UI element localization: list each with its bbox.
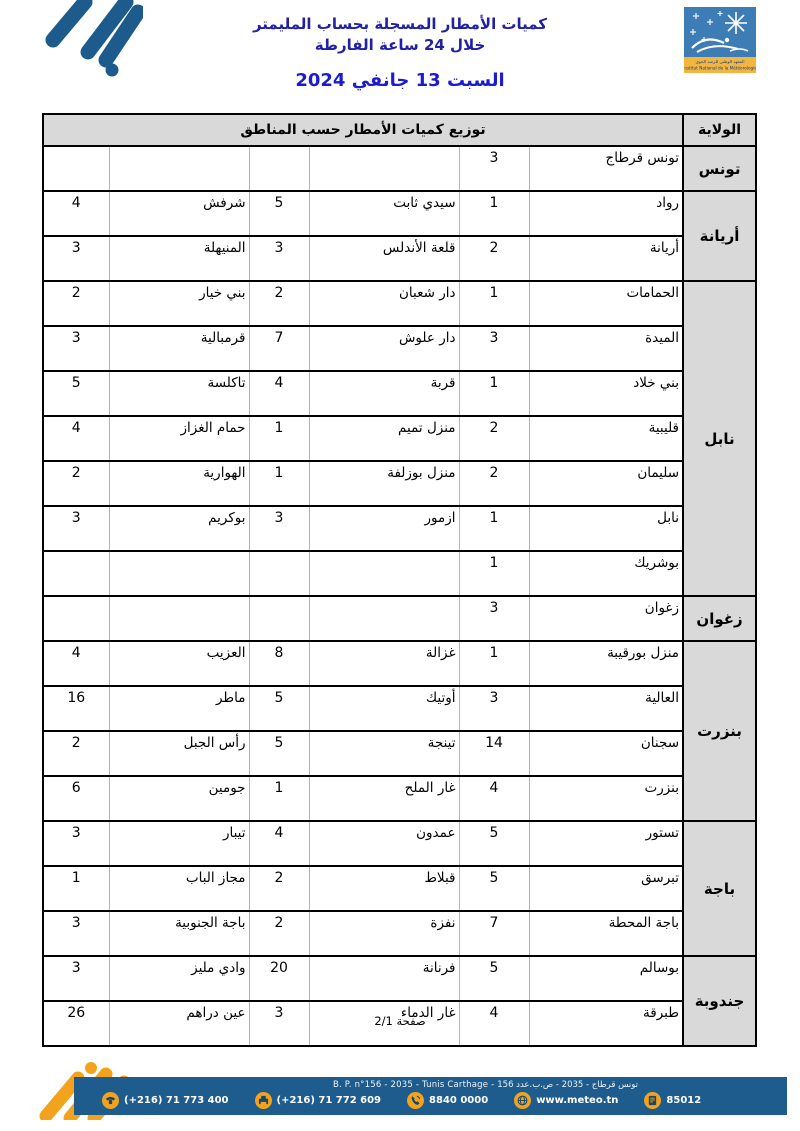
table-row: نابل1ازمور3بوكريم3 xyxy=(43,506,756,551)
table-row: بنزرت4غار الملح1جومين6 xyxy=(43,776,756,821)
station-name-cell: منزل بورقيبة xyxy=(529,641,683,686)
rainfall-value-cell xyxy=(43,551,109,596)
station-name-cell: تستور xyxy=(529,821,683,866)
contact-item: 85012 xyxy=(644,1092,701,1109)
rainfall-value-cell: 20 xyxy=(249,956,309,1001)
station-name-cell: تونس قرطاج xyxy=(529,146,683,191)
table-row: بني خلاد1قربة4تاكلسة5 xyxy=(43,371,756,416)
rainfall-value-cell: 1 xyxy=(459,551,529,596)
rainfall-value-cell: 4 xyxy=(43,191,109,236)
rainfall-value-cell: 4 xyxy=(43,416,109,461)
governorate-cell: تونس xyxy=(683,146,756,191)
station-name-cell: قبلاط xyxy=(309,866,459,911)
station-name-cell: تبرسق xyxy=(529,866,683,911)
station-name-cell xyxy=(309,596,459,641)
rainfall-value-cell: 4 xyxy=(249,371,309,416)
station-name-cell: قليبية xyxy=(529,416,683,461)
station-name-cell: بني خيار xyxy=(109,281,249,326)
rainfall-value-cell: 8 xyxy=(249,641,309,686)
rainfall-value-cell: 3 xyxy=(43,911,109,956)
rainfall-value-cell: 2 xyxy=(43,461,109,506)
table-row: أريانةرواد1سيدي ثابت5شرفش4 xyxy=(43,191,756,236)
table-row: بوشريك1 xyxy=(43,551,756,596)
rainfall-value-cell: 1 xyxy=(459,191,529,236)
rainfall-value-cell: 5 xyxy=(459,866,529,911)
rainfall-value-cell: 1 xyxy=(459,641,529,686)
rainfall-value-cell: 3 xyxy=(43,236,109,281)
station-name-cell: باجة المحطة xyxy=(529,911,683,956)
rainfall-value-cell: 5 xyxy=(43,371,109,416)
governorate-cell: باجة xyxy=(683,821,756,956)
station-name-cell: سجنان xyxy=(529,731,683,776)
station-name-cell: تاكلسة xyxy=(109,371,249,416)
rainfall-value-cell: 3 xyxy=(43,821,109,866)
rainfall-value-cell: 3 xyxy=(249,506,309,551)
station-name-cell: أوتيك xyxy=(309,686,459,731)
rainfall-value-cell xyxy=(249,146,309,191)
station-name-cell: مجاز الباب xyxy=(109,866,249,911)
governorate-cell: جندوبة xyxy=(683,956,756,1046)
station-name-cell: جومين xyxy=(109,776,249,821)
station-name-cell xyxy=(309,146,459,191)
table-row: بنزرتمنزل بورقيبة1غزالة8العزيب4 xyxy=(43,641,756,686)
table-row: قليبية2منزل تميم1حمام الغزاز4 xyxy=(43,416,756,461)
rainfall-value-cell: 7 xyxy=(249,326,309,371)
table-row: العالية3أوتيك5ماطر16 xyxy=(43,686,756,731)
governorate-cell: بنزرت xyxy=(683,641,756,821)
station-name-cell: ماطر xyxy=(109,686,249,731)
telephone-icon xyxy=(102,1092,119,1109)
report-title-line1: كميات الأمطار المسجلة بحساب المليمتر xyxy=(0,14,800,35)
rainfall-value-cell: 7 xyxy=(459,911,529,956)
station-name-cell: ازمور xyxy=(309,506,459,551)
station-name-cell xyxy=(309,551,459,596)
rainfall-value-cell: 5 xyxy=(459,821,529,866)
rainfall-value-cell: 3 xyxy=(249,236,309,281)
station-name-cell: باجة الجنوبية xyxy=(109,911,249,956)
station-name-cell: الميدة xyxy=(529,326,683,371)
station-name-cell: قرمبالية xyxy=(109,326,249,371)
station-name-cell: الهوارية xyxy=(109,461,249,506)
station-name-cell: عمدون xyxy=(309,821,459,866)
phone-icon xyxy=(407,1092,424,1109)
distribution-header: توزيع كميات الأمطار حسب المناطق xyxy=(43,114,683,146)
station-name-cell: نفزة xyxy=(309,911,459,956)
fax-icon xyxy=(255,1092,272,1109)
table-row: تبرسق5قبلاط2مجاز الباب1 xyxy=(43,866,756,911)
contact-item: 8840 0000 xyxy=(407,1092,488,1109)
contact-label: 85012 xyxy=(666,1095,701,1106)
governorate-cell: زغوان xyxy=(683,596,756,641)
contact-item: (+216) 71 772 609 xyxy=(255,1092,382,1109)
contact-label: (+216) 71 773 400 xyxy=(124,1095,229,1106)
report-date: السبت 13 جانفي 2024 xyxy=(0,70,800,91)
station-name-cell: تينجة xyxy=(309,731,459,776)
rainfall-value-cell xyxy=(249,596,309,641)
table-row: زغوانزغوان3 xyxy=(43,596,756,641)
rainfall-value-cell: 2 xyxy=(43,281,109,326)
rainfall-value-cell: 2 xyxy=(459,236,529,281)
rainfall-value-cell: 1 xyxy=(459,281,529,326)
header-titles: كميات الأمطار المسجلة بحساب المليمتر خلا… xyxy=(0,14,800,91)
contact-label: www.meteo.tn xyxy=(536,1095,618,1106)
station-name-cell: المنيهلة xyxy=(109,236,249,281)
footer-bar: B. P. n°156 - 2035 - Tunis Carthage - تو… xyxy=(74,1077,787,1115)
station-name-cell xyxy=(109,596,249,641)
governorate-column-header: الولاية xyxy=(683,114,756,146)
station-name-cell: سليمان xyxy=(529,461,683,506)
station-name-cell: العالية xyxy=(529,686,683,731)
rainfall-value-cell: 1 xyxy=(249,416,309,461)
rainfall-value-cell: 4 xyxy=(459,776,529,821)
rainfall-value-cell: 2 xyxy=(249,866,309,911)
station-name-cell: قربة xyxy=(309,371,459,416)
rainfall-value-cell: 2 xyxy=(249,911,309,956)
table-row: باجة المحطة7نفزة2باجة الجنوبية3 xyxy=(43,911,756,956)
station-name-cell: فرنانة xyxy=(309,956,459,1001)
rainfall-value-cell: 1 xyxy=(43,866,109,911)
contact-item: www.meteo.tn xyxy=(514,1092,618,1109)
station-name-cell: وادي مليز xyxy=(109,956,249,1001)
station-name-cell xyxy=(109,146,249,191)
rainfall-value-cell: 3 xyxy=(459,326,529,371)
station-name-cell: سيدي ثابت xyxy=(309,191,459,236)
station-name-cell xyxy=(109,551,249,596)
station-name-cell: شرفش xyxy=(109,191,249,236)
station-name-cell: العزيب xyxy=(109,641,249,686)
table-row: جندوبةبوسالم5فرنانة20وادي مليز3 xyxy=(43,956,756,1001)
station-name-cell: بوكريم xyxy=(109,506,249,551)
contact-label: 8840 0000 xyxy=(429,1095,488,1106)
rainfall-value-cell: 2 xyxy=(249,281,309,326)
rainfall-value-cell xyxy=(43,146,109,191)
station-name-cell: بنزرت xyxy=(529,776,683,821)
governorate-cell: أريانة xyxy=(683,191,756,281)
contact-label: (+216) 71 772 609 xyxy=(277,1095,382,1106)
report-title-line2: خلال 24 ساعة الفارطة xyxy=(0,35,800,56)
rainfall-value-cell: 3 xyxy=(459,146,529,191)
rainfall-value-cell: 3 xyxy=(43,506,109,551)
rainfall-value-cell: 3 xyxy=(43,956,109,1001)
governorate-cell: نابل xyxy=(683,281,756,596)
table-row: نابلالحمامات1دار شعبان2بني خيار2 xyxy=(43,281,756,326)
rainfall-value-cell: 3 xyxy=(459,596,529,641)
station-name-cell: غار الملح xyxy=(309,776,459,821)
station-name-cell: رواد xyxy=(529,191,683,236)
table-header-row: الولاية توزيع كميات الأمطار حسب المناطق xyxy=(43,114,756,146)
station-name-cell: بني خلاد xyxy=(529,371,683,416)
document-page: المعهد الوطني للرصد الجوي Institut Natio… xyxy=(0,0,800,1131)
station-name-cell: أريانة xyxy=(529,236,683,281)
station-name-cell: دار شعبان xyxy=(309,281,459,326)
rainfall-value-cell: 6 xyxy=(43,776,109,821)
station-name-cell: زغوان xyxy=(529,596,683,641)
rainfall-value-cell: 1 xyxy=(249,776,309,821)
table-row: سليمان2منزل بوزلفة1الهوارية2 xyxy=(43,461,756,506)
station-name-cell: قلعة الأندلس xyxy=(309,236,459,281)
page-number: صفحة 2/1 xyxy=(0,1014,800,1028)
rainfall-value-cell: 3 xyxy=(43,326,109,371)
rainfall-table: الولاية توزيع كميات الأمطار حسب المناطق … xyxy=(42,113,757,1047)
rainfall-value-cell xyxy=(249,551,309,596)
station-name-cell: غزالة xyxy=(309,641,459,686)
document-icon xyxy=(644,1092,661,1109)
rainfall-value-cell: 2 xyxy=(459,416,529,461)
rainfall-value-cell: 3 xyxy=(459,686,529,731)
rainfall-value-cell: 2 xyxy=(43,731,109,776)
table-row: تونستونس قرطاج3 xyxy=(43,146,756,191)
rainfall-value-cell: 2 xyxy=(459,461,529,506)
station-name-cell: بوشريك xyxy=(529,551,683,596)
rainfall-value-cell: 16 xyxy=(43,686,109,731)
rainfall-value-cell: 5 xyxy=(249,686,309,731)
rain-table-body: تونستونس قرطاج3أريانةرواد1سيدي ثابت5شرفش… xyxy=(43,146,756,1046)
rainfall-value-cell xyxy=(43,596,109,641)
rainfall-value-cell: 14 xyxy=(459,731,529,776)
rainfall-value-cell: 1 xyxy=(459,371,529,416)
footer-address: B. P. n°156 - 2035 - Tunis Carthage - تو… xyxy=(74,1077,787,1090)
station-name-cell: بوسالم xyxy=(529,956,683,1001)
rainfall-value-cell: 5 xyxy=(249,731,309,776)
table-row: باجةتستور5عمدون4تيبار3 xyxy=(43,821,756,866)
rainfall-value-cell: 4 xyxy=(249,821,309,866)
footer-contacts: (+216) 71 773 400(+216) 71 772 6098840 0… xyxy=(74,1090,787,1109)
station-name-cell: منزل تميم xyxy=(309,416,459,461)
station-name-cell: دار علوش xyxy=(309,326,459,371)
rainfall-value-cell: 5 xyxy=(249,191,309,236)
globe-icon xyxy=(514,1092,531,1109)
station-name-cell: رأس الجبل xyxy=(109,731,249,776)
station-name-cell: الحمامات xyxy=(529,281,683,326)
rainfall-value-cell: 4 xyxy=(43,641,109,686)
table-row: أريانة2قلعة الأندلس3المنيهلة3 xyxy=(43,236,756,281)
rainfall-value-cell: 5 xyxy=(459,956,529,1001)
station-name-cell: نابل xyxy=(529,506,683,551)
rainfall-value-cell: 1 xyxy=(459,506,529,551)
table-row: الميدة3دار علوش7قرمبالية3 xyxy=(43,326,756,371)
station-name-cell: حمام الغزاز xyxy=(109,416,249,461)
contact-item: (+216) 71 773 400 xyxy=(102,1092,229,1109)
station-name-cell: تيبار xyxy=(109,821,249,866)
station-name-cell: منزل بوزلفة xyxy=(309,461,459,506)
table-row: سجنان14تينجة5رأس الجبل2 xyxy=(43,731,756,776)
rainfall-value-cell: 1 xyxy=(249,461,309,506)
